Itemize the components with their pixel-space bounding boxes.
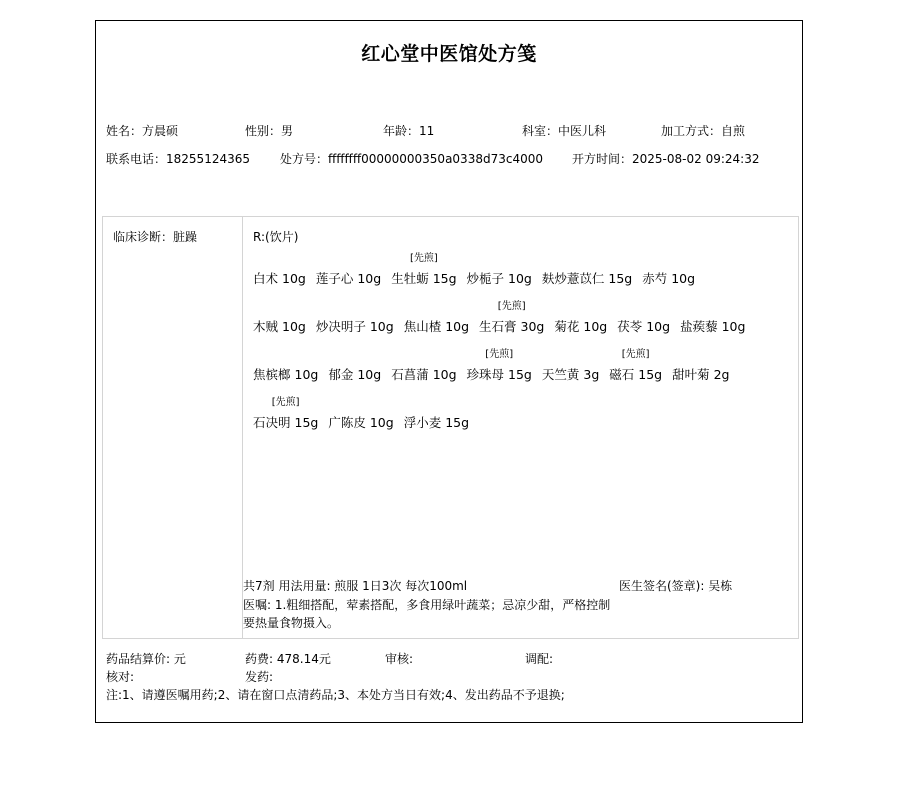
herb-dose: 15g: [638, 367, 662, 382]
name-value: 方晨硕: [142, 124, 178, 138]
divider: [242, 217, 243, 638]
herb-dose: 10g: [370, 319, 394, 334]
decoct-first-note: [先煎]: [498, 301, 526, 313]
diagnosis-label: 临床诊断：: [113, 230, 173, 244]
herb-name: 炒栀子: [467, 271, 505, 286]
herb-item: 石菖蒲 10g: [391, 349, 456, 383]
herb-name: 甜叶菊: [672, 367, 710, 382]
herb-item: 赤芍 10g: [642, 253, 695, 287]
herb-item: [先煎]生牡蛎 15g: [391, 253, 456, 287]
diagnosis: 临床诊断：脏躁: [113, 229, 197, 245]
herb-dose: 10g: [508, 271, 532, 286]
herb-name: 磁石: [609, 367, 634, 382]
herb-name: 广陈皮: [328, 415, 366, 430]
herb-dose: 15g: [433, 271, 457, 286]
settle-value: 元: [174, 652, 186, 666]
herb-item: 浮小麦 15g: [404, 397, 469, 431]
herb-item: 麸炒薏苡仁 15g: [542, 253, 632, 287]
herb-item: [先煎]生石膏 30g: [479, 301, 544, 335]
gender-label: 性别：: [245, 124, 281, 138]
herb-name: 炒决明子: [316, 319, 366, 334]
herb-row: 焦槟榔 10g郁金 10g石菖蒲 10g[先煎]珍珠母 15g天竺黄 3g[先煎…: [253, 349, 740, 389]
diagnosis-value: 脏躁: [173, 230, 197, 244]
herb-dose: 10g: [646, 319, 670, 334]
doctor-signature: 医生签名(签章): 吴栋: [619, 578, 732, 594]
decoct-first-note: [先煎]: [485, 349, 513, 361]
decoct-first-note: [先煎]: [622, 349, 650, 361]
decoct-first-note: [先煎]: [272, 397, 300, 409]
herb-name: 郁金: [328, 367, 353, 382]
herb-dose: 10g: [583, 319, 607, 334]
herb-name: 赤芍: [642, 271, 667, 286]
herb-item: [先煎]磁石 15g: [609, 349, 662, 383]
phone-label: 联系电话：: [106, 152, 166, 166]
settlement-price: 药品结算价: 元: [106, 651, 186, 667]
herb-item: 焦槟榔 10g: [253, 349, 318, 383]
usage: 共7剂 用法用量: 煎服 1日3次 每次100ml: [243, 578, 467, 594]
herb-item: 天竺黄 3g: [542, 349, 599, 383]
drug-fee: 药费: 478.14元: [245, 651, 331, 667]
herb-item: [先煎]石决明 15g: [253, 397, 318, 431]
herb-item: 郁金 10g: [328, 349, 381, 383]
herb-item: 炒栀子 10g: [467, 253, 532, 287]
herb-name: 菊花: [554, 319, 579, 334]
age-value: 11: [419, 124, 434, 138]
herb-row: 白术 10g莲子心 10g[先煎]生牡蛎 15g炒栀子 10g麸炒薏苡仁 15g…: [253, 253, 705, 293]
herb-dose: 15g: [508, 367, 532, 382]
herb-item: 广陈皮 10g: [328, 397, 393, 431]
herb-item: 炒决明子 10g: [316, 301, 394, 335]
herb-dose: 15g: [608, 271, 632, 286]
herb-name: 浮小麦: [404, 415, 442, 430]
herb-dose: 2g: [714, 367, 730, 382]
age-label: 年龄：: [383, 124, 419, 138]
herb-name: 焦山楂: [404, 319, 442, 334]
prescription-number: 处方号：ffffffff00000000350a0338d73c4000: [280, 151, 543, 167]
herb-dose: 30g: [521, 319, 545, 334]
process-label: 加工方式：: [661, 124, 721, 138]
herb-dose: 10g: [433, 367, 457, 382]
time-value: 2025-08-02 09:24:32: [632, 152, 759, 166]
review-label: 审核:: [385, 651, 413, 667]
prescription-box: 临床诊断：脏躁 R:(饮片) 白术 10g莲子心 10g[先煎]生牡蛎 15g炒…: [102, 216, 799, 639]
herb-dose: 10g: [671, 271, 695, 286]
prescription-sheet: 红心堂中医馆处方笺 姓名：方晨硕 性别：男 年龄：11 科室：中医儿科 加工方式…: [95, 20, 803, 723]
herb-dose: 10g: [722, 319, 746, 334]
herb-name: 珍珠母: [467, 367, 505, 382]
herb-item: 木贼 10g: [253, 301, 306, 335]
fee-label: 药费:: [245, 652, 277, 666]
issue-label: 发药:: [245, 669, 273, 685]
footer-note: 注:1、请遵医嘱用药;2、请在窗口点清药品;3、本处方当日有效;4、发出药品不予…: [106, 687, 565, 703]
check-label: 核对:: [106, 669, 134, 685]
rx-no-value: ffffffff00000000350a0338d73c4000: [328, 152, 543, 166]
phone-value: 18255124365: [166, 152, 250, 166]
herb-name: 石菖蒲: [391, 367, 429, 382]
medical-advice: 医嘱: 1.粗细搭配，荤素搭配，多食用绿叶蔬菜；忌凉少甜，严格控制要热量食物摄入…: [243, 596, 618, 632]
dept-label: 科室：: [522, 124, 558, 138]
herb-dose: 15g: [295, 415, 319, 430]
phone: 联系电话：18255124365: [106, 151, 250, 167]
herb-dose: 10g: [357, 271, 381, 286]
herb-dose: 10g: [282, 271, 306, 286]
herb-dose: 10g: [357, 367, 381, 382]
prescription-time: 开方时间：2025-08-02 09:24:32: [572, 151, 759, 167]
herb-item: 盐蒺藜 10g: [680, 301, 745, 335]
herb-row: [先煎]石决明 15g广陈皮 10g浮小麦 15g: [253, 397, 479, 437]
herb-name: 白术: [253, 271, 278, 286]
herb-name: 木贼: [253, 319, 278, 334]
gender-value: 男: [281, 124, 293, 138]
time-label: 开方时间：: [572, 152, 632, 166]
herb-name: 石决明: [253, 415, 291, 430]
herb-name: 莲子心: [316, 271, 354, 286]
herb-name: 焦槟榔: [253, 367, 291, 382]
herb-item: 焦山楂 10g: [404, 301, 469, 335]
herb-row: 木贼 10g炒决明子 10g焦山楂 10g[先煎]生石膏 30g菊花 10g茯苓…: [253, 301, 755, 341]
herb-item: 莲子心 10g: [316, 253, 381, 287]
herb-name: 生牡蛎: [391, 271, 429, 286]
dept-value: 中医儿科: [558, 124, 606, 138]
advice-label: 医嘱:: [243, 598, 275, 612]
herb-name: 茯苓: [617, 319, 642, 334]
dispense-label: 调配:: [525, 651, 553, 667]
herb-name: 盐蒺藜: [680, 319, 718, 334]
herb-dose: 10g: [282, 319, 306, 334]
herb-item: 甜叶菊 2g: [672, 349, 729, 383]
herb-name: 麸炒薏苡仁: [542, 271, 605, 286]
rx-no-label: 处方号：: [280, 152, 328, 166]
settle-label: 药品结算价:: [106, 652, 174, 666]
process-value: 自煎: [721, 124, 745, 138]
decoct-first-note: [先煎]: [410, 253, 438, 265]
herb-item: 菊花 10g: [554, 301, 607, 335]
processing-method: 加工方式：自煎: [661, 123, 745, 139]
herb-dose: 10g: [295, 367, 319, 382]
rx-header: R:(饮片): [253, 229, 298, 245]
herb-dose: 10g: [370, 415, 394, 430]
herb-name: 天竺黄: [542, 367, 580, 382]
department: 科室：中医儿科: [522, 123, 606, 139]
herb-dose: 15g: [445, 415, 469, 430]
fee-value: 478.14元: [277, 652, 331, 666]
patient-name: 姓名：方晨硕: [106, 123, 178, 139]
name-label: 姓名：: [106, 124, 142, 138]
herb-dose: 3g: [583, 367, 599, 382]
doctor-label: 医生签名(签章):: [619, 579, 708, 593]
herb-item: 白术 10g: [253, 253, 306, 287]
herb-item: [先煎]珍珠母 15g: [467, 349, 532, 383]
patient-gender: 性别：男: [245, 123, 293, 139]
herb-item: 茯苓 10g: [617, 301, 670, 335]
patient-age: 年龄：11: [383, 123, 434, 139]
page-title: 红心堂中医馆处方笺: [96, 39, 802, 66]
advice-text: 1.粗细搭配，荤素搭配，多食用绿叶蔬菜；忌凉少甜，严格控制要热量食物摄入。: [243, 598, 610, 630]
herb-name: 生石膏: [479, 319, 517, 334]
herb-dose: 10g: [445, 319, 469, 334]
doctor-name: 吴栋: [708, 579, 732, 593]
